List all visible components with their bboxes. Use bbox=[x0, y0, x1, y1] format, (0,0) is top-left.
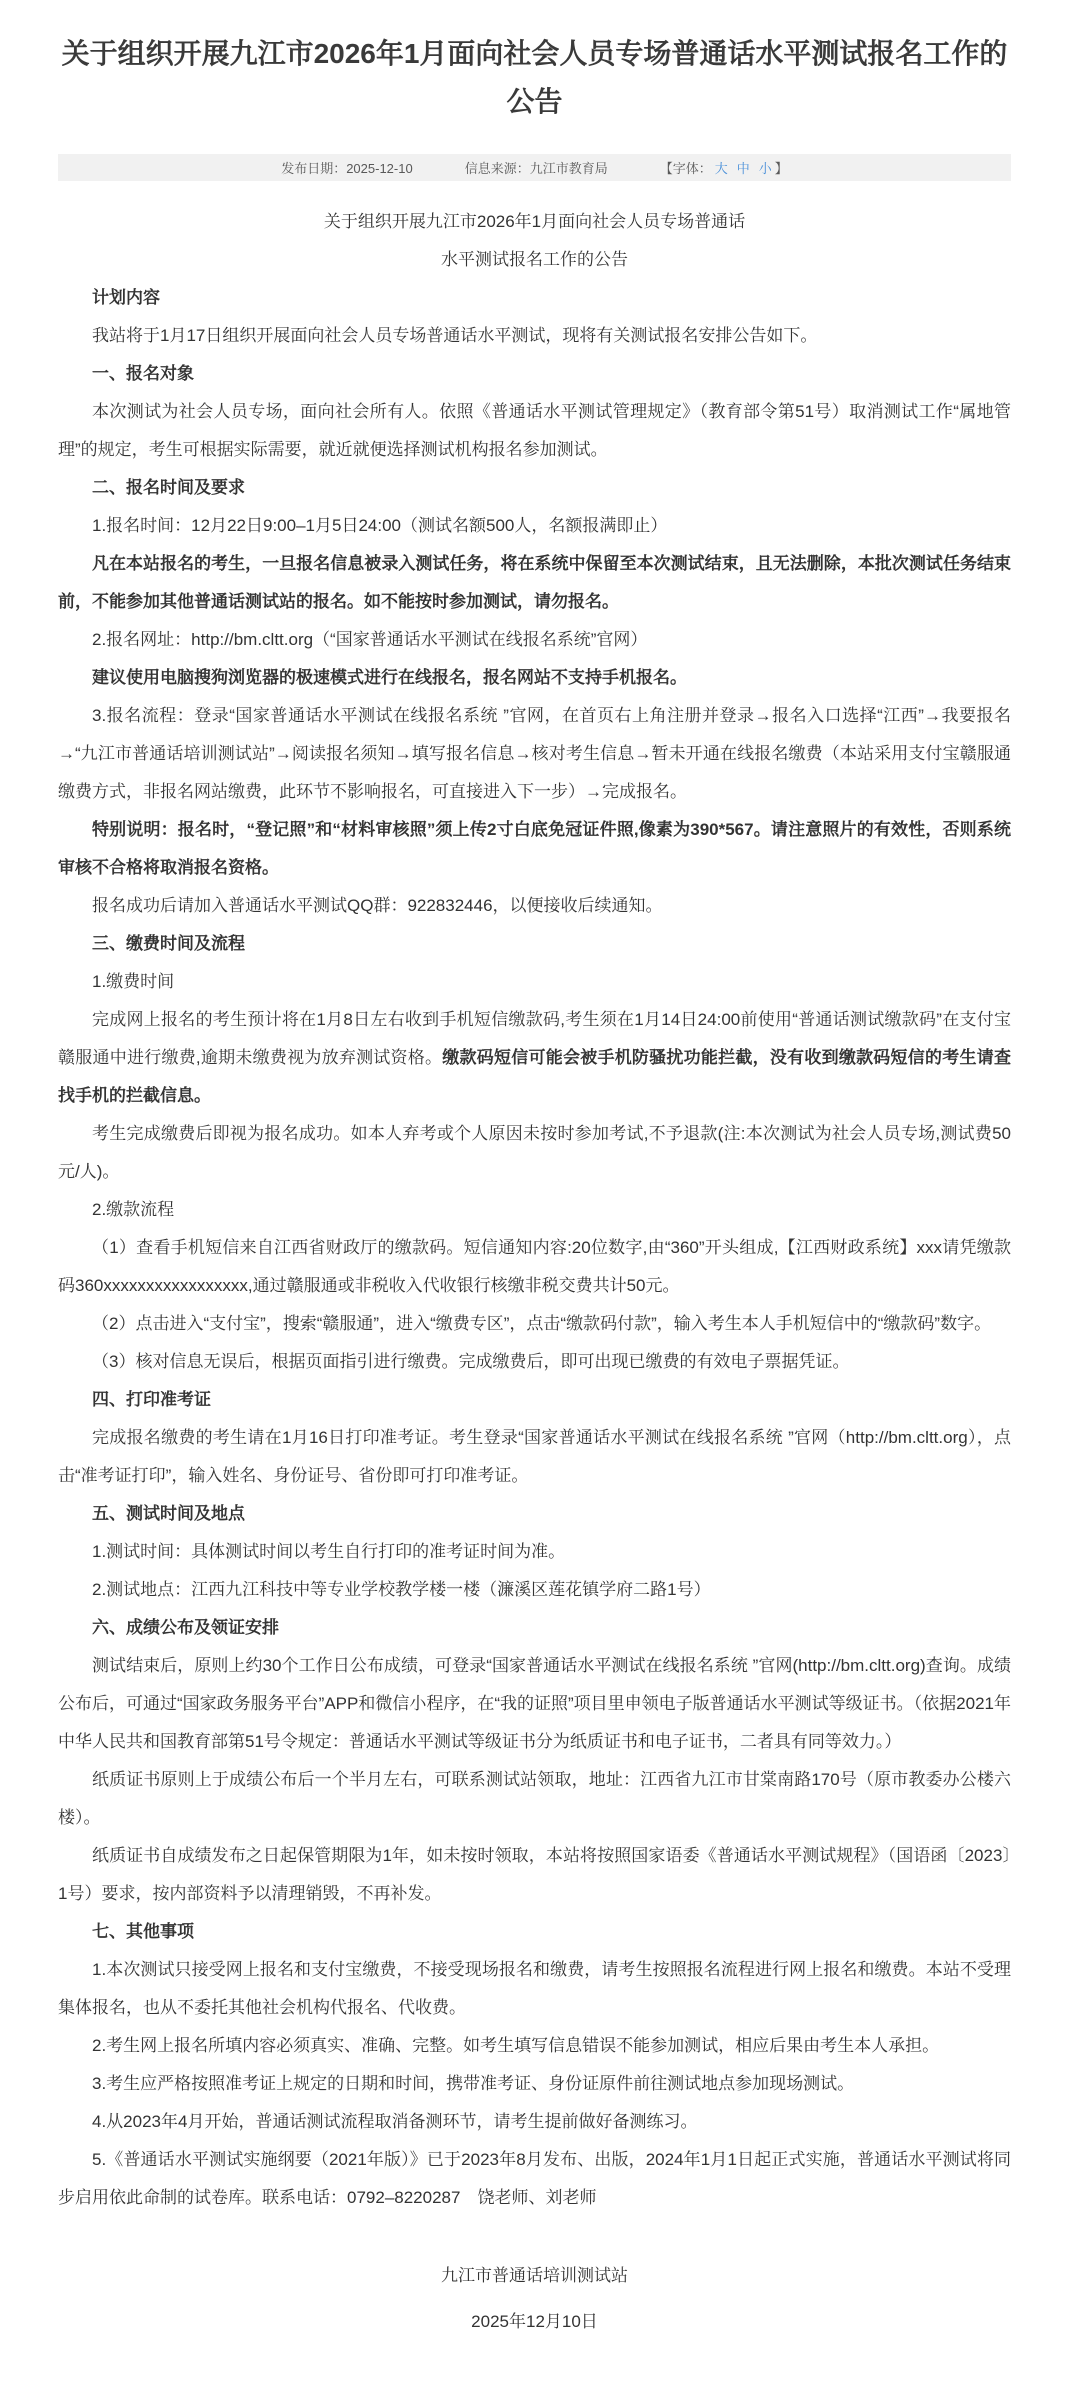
publish-date-value: 2025-12-10 bbox=[346, 161, 413, 176]
paragraph: （3）核对信息无误后，根据页面指引进行缴费。完成缴费后，即可出现已缴费的有效电子… bbox=[58, 1343, 1011, 1381]
info-source: 信息来源：九江市教育局 bbox=[465, 158, 608, 177]
section-heading: 六、成绩公布及领证安排 bbox=[58, 1609, 1011, 1647]
publish-date: 发布日期：2025-12-10 bbox=[281, 158, 413, 177]
publish-date-label: 发布日期： bbox=[281, 161, 346, 176]
section-heading: 三、缴费时间及流程 bbox=[58, 925, 1011, 963]
text-run: 4.从2023年4月开始，普通话测试流程取消备测环节，请考生提前做好备测练习。 bbox=[92, 2112, 697, 2131]
text-run: 3.报名流程：登录“国家普通话水平测试在线报名系统 ”官网，在首页右上角注册并登… bbox=[58, 706, 1011, 801]
paragraph: 1.测试时间：具体测试时间以考生自行打印的准考证时间为准。 bbox=[58, 1533, 1011, 1571]
font-size-large[interactable]: 大 bbox=[715, 158, 728, 177]
font-size-options: 大中小 bbox=[715, 158, 772, 177]
text-run: 2.缴款流程 bbox=[92, 1200, 174, 1219]
section-heading: 七、其他事项 bbox=[58, 1913, 1011, 1951]
section-heading: 一、报名对象 bbox=[58, 355, 1011, 393]
paragraph: 建议使用电脑搜狗浏览器的极速模式进行在线报名，报名网站不支持手机报名。 bbox=[58, 659, 1011, 697]
paragraph: （1）查看手机短信来自江西省财政厅的缴款码。短信通知内容:20位数字,由“360… bbox=[58, 1229, 1011, 1305]
paragraph: 本次测试为社会人员专场，面向社会所有人。依照《普通话水平测试管理规定》（教育部令… bbox=[58, 393, 1011, 469]
text-run: 七、其他事项 bbox=[92, 1922, 194, 1941]
text-run: 凡在本站报名的考生，一旦报名信息被录入测试任务，将在系统中保留至本次测试结束，且… bbox=[58, 554, 1011, 611]
text-run: 特别说明：报名时，“登记照”和“材料审核照”须上传2寸白底免冠证件照,像素为39… bbox=[58, 820, 1011, 877]
paragraph: 我站将于1月17日组织开展面向社会人员专场普通话水平测试，现将有关测试报名安排公… bbox=[58, 317, 1011, 355]
article-body: 关于组织开展九江市2026年1月面向社会人员专场普通话水平测试报名工作的公告计划… bbox=[58, 181, 1011, 2217]
section-heading: 五、测试时间及地点 bbox=[58, 1495, 1011, 1533]
text-run: 三、缴费时间及流程 bbox=[92, 934, 245, 953]
text-run: 测试结束后，原则上约30个工作日公布成绩，可登录“国家普通话水平测试在线报名系统… bbox=[58, 1656, 1011, 1751]
doc-title-line: 关于组织开展九江市2026年1月面向社会人员专场普通话 bbox=[58, 203, 1011, 241]
section-heading: 二、报名时间及要求 bbox=[58, 469, 1011, 507]
paragraph: 完成网上报名的考生预计将在1月8日左右收到手机短信缴款码,考生须在1月14日24… bbox=[58, 1001, 1011, 1115]
text-run: 2.测试地点：江西九江科技中等专业学校教学楼一楼（濂溪区莲花镇学府二路1号） bbox=[92, 1580, 711, 1599]
doc-title-line: 水平测试报名工作的公告 bbox=[58, 241, 1011, 279]
text-run: 1.缴费时间 bbox=[92, 972, 174, 991]
text-run: 我站将于1月17日组织开展面向社会人员专场普通话水平测试，现将有关测试报名安排公… bbox=[92, 326, 817, 345]
text-run: 2.考生网上报名所填内容必须真实、准确、完整。如考生填写信息错误不能参加测试，相… bbox=[92, 2036, 939, 2055]
section-heading: 计划内容 bbox=[58, 279, 1011, 317]
text-run: 纸质证书原则上于成绩公布后一个半月左右，可联系测试站领取，地址：江西省九江市甘棠… bbox=[58, 1770, 1011, 1827]
paragraph: 1.缴费时间 bbox=[58, 963, 1011, 1001]
article-footer: 九江市普通话培训测试站 2025年12月10日 bbox=[0, 2253, 1069, 2345]
paragraph: 2.报名网址：http://bm.cltt.org（“国家普通话水平测试在线报名… bbox=[58, 621, 1011, 659]
text-run: （3）核对信息无误后，根据页面指引进行缴费。完成缴费后，即可出现已缴费的有效电子… bbox=[92, 1352, 849, 1371]
paragraph: 3.考生应严格按照准考证上规定的日期和时间，携带准考证、身份证原件前往测试地点参… bbox=[58, 2065, 1011, 2103]
text-run: 建议使用电脑搜狗浏览器的极速模式进行在线报名，报名网站不支持手机报名。 bbox=[92, 668, 687, 687]
paragraph: 报名成功后请加入普通话水平测试QQ群：922832446，以便接收后续通知。 bbox=[58, 887, 1011, 925]
text-run: 五、测试时间及地点 bbox=[92, 1504, 245, 1523]
paragraph: 纸质证书原则上于成绩公布后一个半月左右，可联系测试站领取，地址：江西省九江市甘棠… bbox=[58, 1761, 1011, 1837]
font-size-small[interactable]: 小 bbox=[759, 158, 772, 177]
text-run: 本次测试为社会人员专场，面向社会所有人。依照《普通话水平测试管理规定》（教育部令… bbox=[58, 402, 1011, 459]
paragraph: 4.从2023年4月开始，普通话测试流程取消备测环节，请考生提前做好备测练习。 bbox=[58, 2103, 1011, 2141]
paragraph: 5.《普通话水平测试实施纲要（2021年版）》已于2023年8月发布、出版，20… bbox=[58, 2141, 1011, 2217]
text-run: 1.报名时间：12月22日9:00–1月5日24:00（测试名额500人，名额报… bbox=[92, 516, 667, 535]
section-heading: 四、打印准考证 bbox=[58, 1381, 1011, 1419]
text-run: 1.本次测试只接受网上报名和支付宝缴费，不接受现场报名和缴费，请考生按照报名流程… bbox=[58, 1960, 1011, 2017]
text-run: 2.报名网址：http://bm.cltt.org（“国家普通话水平测试在线报名… bbox=[92, 630, 647, 649]
info-source-value: 九江市教育局 bbox=[530, 161, 608, 176]
info-source-label: 信息来源： bbox=[465, 161, 530, 176]
footer-date: 2025年12月10日 bbox=[0, 2299, 1069, 2345]
paragraph: 测试结束后，原则上约30个工作日公布成绩，可登录“国家普通话水平测试在线报名系统… bbox=[58, 1647, 1011, 1761]
font-label-open: 【字体： bbox=[660, 158, 712, 177]
text-run: 计划内容 bbox=[92, 288, 160, 307]
paragraph: 凡在本站报名的考生，一旦报名信息被录入测试任务，将在系统中保留至本次测试结束，且… bbox=[58, 545, 1011, 621]
text-run: 关于组织开展九江市2026年1月面向社会人员专场普通话 bbox=[324, 212, 745, 231]
paragraph: 完成报名缴费的考生请在1月16日打印准考证。考生登录“国家普通话水平测试在线报名… bbox=[58, 1419, 1011, 1495]
page-title: 关于组织开展九江市2026年1月面向社会人员专场普通话水平测试报名工作的公告 bbox=[0, 0, 1069, 126]
paragraph: 1.报名时间：12月22日9:00–1月5日24:00（测试名额500人，名额报… bbox=[58, 507, 1011, 545]
text-run: 5.《普通话水平测试实施纲要（2021年版）》已于2023年8月发布、出版，20… bbox=[58, 2150, 1011, 2207]
paragraph: （2）点击进入“支付宝”，搜索“赣服通”，进入“缴费专区”，点击“缴款码付款”，… bbox=[58, 1305, 1011, 1343]
text-run: 水平测试报名工作的公告 bbox=[441, 250, 628, 269]
paragraph: 纸质证书自成绩发布之日起保管期限为1年，如未按时领取，本站将按照国家语委《普通话… bbox=[58, 1837, 1011, 1913]
font-label-close: 】 bbox=[775, 158, 788, 177]
font-size-medium[interactable]: 中 bbox=[737, 158, 750, 177]
text-run: 纸质证书自成绩发布之日起保管期限为1年，如未按时领取，本站将按照国家语委《普通话… bbox=[58, 1846, 1011, 1903]
paragraph: 1.本次测试只接受网上报名和支付宝缴费，不接受现场报名和缴费，请考生按照报名流程… bbox=[58, 1951, 1011, 2027]
meta-bar: 发布日期：2025-12-10 信息来源：九江市教育局 【字体：大中小】 bbox=[58, 154, 1011, 181]
paragraph: 2.测试地点：江西九江科技中等专业学校教学楼一楼（濂溪区莲花镇学府二路1号） bbox=[58, 1571, 1011, 1609]
paragraph: 2.缴款流程 bbox=[58, 1191, 1011, 1229]
font-size-control: 【字体：大中小】 bbox=[660, 158, 788, 177]
text-run: 考生完成缴费后即视为报名成功。如本人弃考或个人原因未按时参加考试,不予退款(注:… bbox=[58, 1124, 1011, 1181]
announcement-page: 关于组织开展九江市2026年1月面向社会人员专场普通话水平测试报名工作的公告 发… bbox=[0, 0, 1069, 2384]
text-run: 一、报名对象 bbox=[92, 364, 194, 383]
text-run: 完成报名缴费的考生请在1月16日打印准考证。考生登录“国家普通话水平测试在线报名… bbox=[58, 1428, 1011, 1485]
text-run: （2）点击进入“支付宝”，搜索“赣服通”，进入“缴费专区”，点击“缴款码付款”，… bbox=[92, 1314, 991, 1333]
text-run: 四、打印准考证 bbox=[92, 1390, 211, 1409]
paragraph: 考生完成缴费后即视为报名成功。如本人弃考或个人原因未按时参加考试,不予退款(注:… bbox=[58, 1115, 1011, 1191]
paragraph: 2.考生网上报名所填内容必须真实、准确、完整。如考生填写信息错误不能参加测试，相… bbox=[58, 2027, 1011, 2065]
text-run: 1.测试时间：具体测试时间以考生自行打印的准考证时间为准。 bbox=[92, 1542, 565, 1561]
signature: 九江市普通话培训测试站 bbox=[0, 2253, 1069, 2299]
text-run: 二、报名时间及要求 bbox=[92, 478, 245, 497]
text-run: 六、成绩公布及领证安排 bbox=[92, 1618, 279, 1637]
paragraph: 3.报名流程：登录“国家普通话水平测试在线报名系统 ”官网，在首页右上角注册并登… bbox=[58, 697, 1011, 811]
text-run: 3.考生应严格按照准考证上规定的日期和时间，携带准考证、身份证原件前往测试地点参… bbox=[92, 2074, 854, 2093]
text-run: 报名成功后请加入普通话水平测试QQ群：922832446，以便接收后续通知。 bbox=[92, 896, 663, 915]
paragraph: 特别说明：报名时，“登记照”和“材料审核照”须上传2寸白底免冠证件照,像素为39… bbox=[58, 811, 1011, 887]
text-run: （1）查看手机短信来自江西省财政厅的缴款码。短信通知内容:20位数字,由“360… bbox=[58, 1238, 1011, 1295]
